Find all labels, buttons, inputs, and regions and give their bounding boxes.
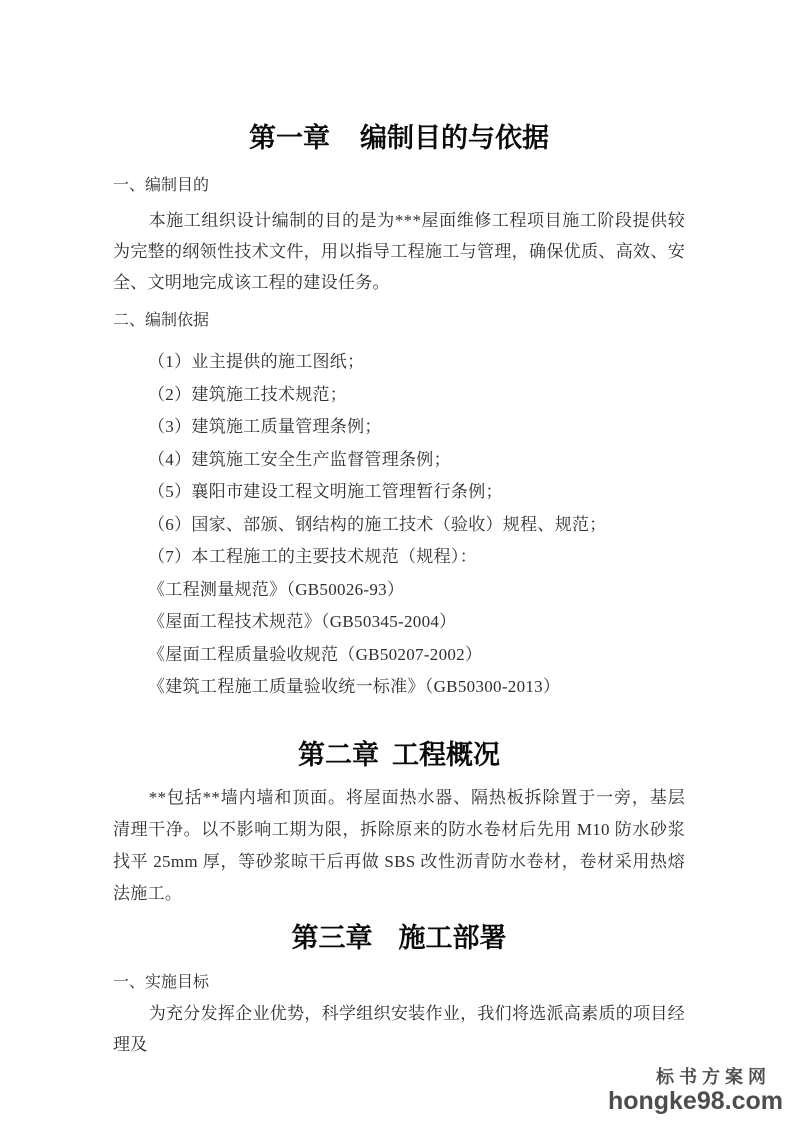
targets-paragraph: 为充分发挥企业优势，科学组织安装作业，我们将选派高素质的项目经理及	[113, 998, 685, 1060]
standard-item-4: 《建筑工程施工质量验收统一标准》（GB50300-2013）	[148, 671, 685, 704]
chapter-2-title: 第二章工程概况	[113, 734, 685, 776]
chapter-2-number: 第二章	[298, 740, 379, 770]
basis-item-1: （1）业主提供的施工图纸；	[148, 346, 685, 379]
watermark: 标书方案网 hongke98.com	[608, 1066, 783, 1115]
purpose-paragraph: 本施工组织设计编制的目的是为***屋面维修工程项目施工阶段提供较为完整的纲领性技…	[113, 205, 685, 298]
document-content: 第一章编制目的与依据 一、编制目的 本施工组织设计编制的目的是为***屋面维修工…	[113, 0, 685, 1060]
watermark-site-url: hongke98.com	[608, 1088, 783, 1115]
overview-paragraph: **包括**墙内墙和顶面。将屋面热水器、隔热板拆除置于一旁，基层清理干净。以不影…	[113, 782, 685, 910]
section-heading-targets: 一、实施目标	[113, 972, 685, 994]
chapter-2-name: 工程概况	[392, 740, 500, 770]
basis-item-2: （2）建筑施工技术规范；	[148, 379, 685, 412]
standard-item-3: 《屋面工程质量验收规范（GB50207-2002）	[148, 639, 685, 672]
basis-item-6: （6）国家、部颁、钢结构的施工技术（验收）规程、规范；	[148, 509, 685, 542]
document-page: 第一章编制目的与依据 一、编制目的 本施工组织设计编制的目的是为***屋面维修工…	[0, 0, 793, 1122]
standard-item-1: 《工程测量规范》（GB50026-93）	[148, 574, 685, 607]
basis-item-4: （4）建筑施工安全生产监督管理条例；	[148, 444, 685, 477]
section-heading-basis: 二、编制依据	[113, 310, 685, 332]
basis-item-7: （7）本工程施工的主要技术规范（规程）：	[148, 541, 685, 574]
section-heading-purpose: 一、编制目的	[113, 175, 685, 197]
chapter-3-name: 施工部署	[399, 923, 507, 953]
watermark-site-name: 标书方案网	[608, 1066, 771, 1088]
chapter-1-number: 第一章	[249, 123, 330, 153]
chapter-3-title: 第三章施工部署	[113, 917, 685, 959]
chapter-1-title: 第一章编制目的与依据	[113, 118, 685, 158]
basis-item-5: （5）襄阳市建设工程文明施工管理暂行条例；	[148, 476, 685, 509]
chapter-3-number: 第三章	[292, 923, 373, 953]
chapter-1-name: 编制目的与依据	[360, 123, 549, 153]
standard-item-2: 《屋面工程技术规范》（GB50345-2004）	[148, 606, 685, 639]
basis-list: （1）业主提供的施工图纸； （2）建筑施工技术规范； （3）建筑施工质量管理条例…	[113, 346, 685, 704]
basis-item-3: （3）建筑施工质量管理条例；	[148, 411, 685, 444]
